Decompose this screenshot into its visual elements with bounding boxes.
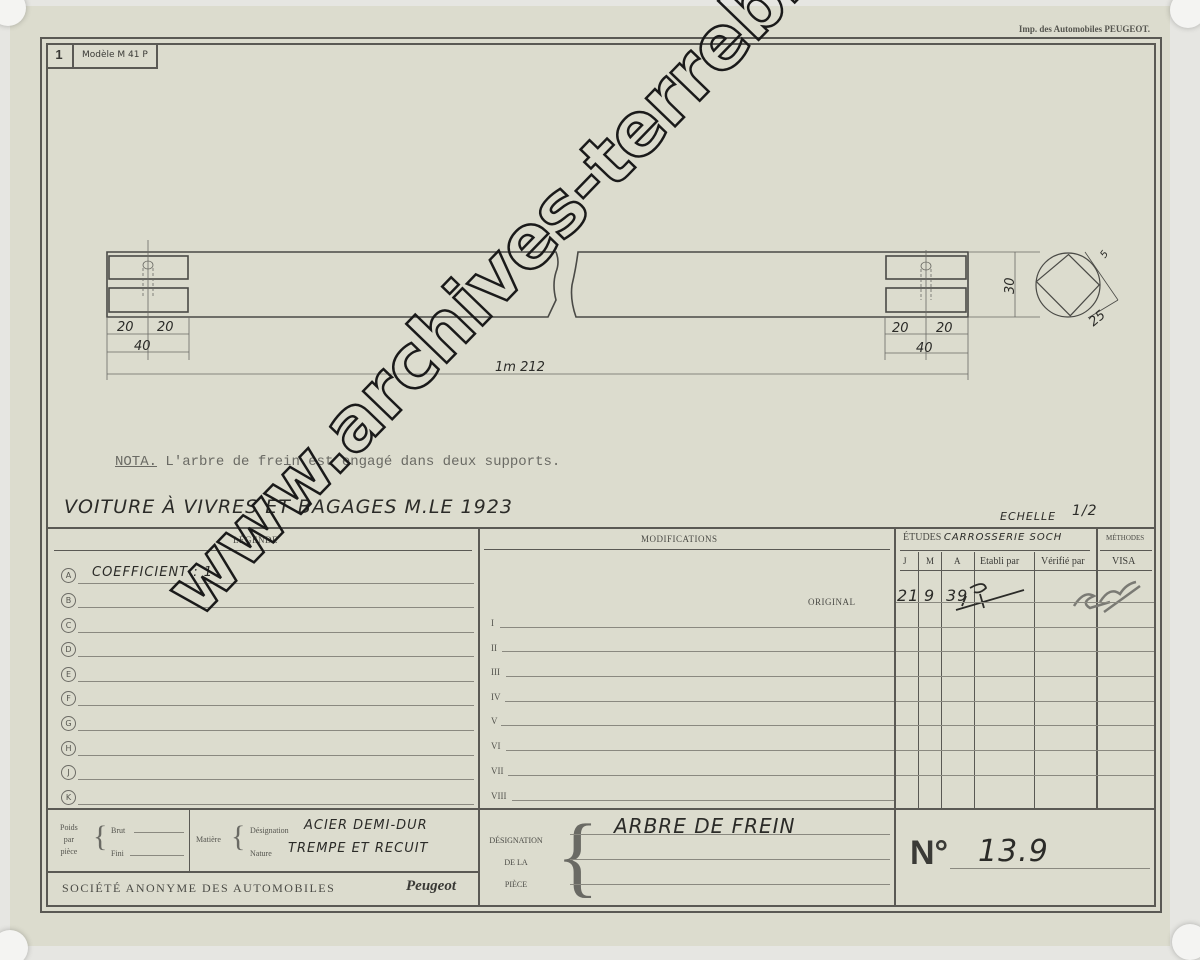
mod-row-label: VII	[491, 766, 504, 776]
peugeot-logo: Peugeot	[406, 878, 456, 895]
dim-section-width: 25	[1086, 308, 1108, 330]
mod-row-label: I	[491, 618, 494, 628]
col-verifie: Vérifié par	[1041, 556, 1085, 567]
dim-right-a: 20	[892, 321, 909, 336]
designation-label: Désignation	[250, 826, 289, 835]
dim-overall: 1m 212	[495, 360, 545, 375]
col-visa: VISA	[1112, 556, 1135, 567]
poids-label: Poids par pièce	[60, 822, 78, 858]
visa-signature	[1070, 572, 1144, 616]
legend-letter-c: C	[61, 618, 76, 633]
legend-letter-j: J	[61, 765, 76, 780]
mod-row-label: II	[491, 643, 497, 653]
scale-label: ECHELLE	[1000, 510, 1056, 523]
fini-label: Fini	[111, 849, 124, 858]
mod-row-label: IV	[491, 692, 501, 702]
company-name: SOCIÉTÉ ANONYME DES AUTOMOBILES	[62, 881, 335, 896]
scale-value: 1/2	[1072, 503, 1098, 519]
legend-letter-e: E	[61, 667, 76, 682]
modifications-divider	[894, 528, 896, 906]
material-designation: ACIER DEMI-DUR	[304, 818, 428, 833]
nota-label: NOTA.	[115, 454, 157, 470]
block-mid-rule	[48, 808, 1156, 810]
pin-bottom-right	[1172, 924, 1200, 960]
legend-letter-g: G	[61, 716, 76, 731]
original-label: ORIGINAL	[808, 597, 856, 607]
dim-right-total: 40	[916, 341, 933, 356]
legend-letter-a: A	[61, 568, 76, 583]
etudes-department: CARROSSERIE SOCH	[944, 532, 1062, 543]
legend-divider	[478, 528, 480, 906]
dim-right-b: 20	[936, 321, 953, 336]
legend-letter-d: D	[61, 642, 76, 657]
legend-letter-h: H	[61, 741, 76, 756]
dim-section-offset: 5	[1098, 249, 1111, 261]
dim-height: 30	[1003, 277, 1018, 294]
part-number: 13.9	[978, 834, 1049, 869]
mod-row-label: III	[491, 667, 500, 677]
col-m: M	[926, 556, 934, 566]
nature-label: Nature	[250, 849, 272, 858]
mod-row-label: VI	[491, 741, 501, 751]
brut-label: Brut	[111, 826, 125, 835]
modifications-header: MODIFICATIONS	[641, 534, 718, 544]
matiere-label: Matière	[196, 835, 221, 844]
mod-row-label: VIII	[491, 791, 507, 801]
methodes-header: MÉTHODES	[1106, 534, 1144, 542]
col-etabli: Etabli par	[980, 556, 1019, 567]
dim-left-b: 20	[157, 320, 174, 335]
mod-row-label: V	[491, 716, 498, 726]
etabli-signature	[950, 578, 1030, 614]
dim-left-a: 20	[117, 320, 134, 335]
piece-label: DÉSIGNATION DE LA PIÈCE	[488, 830, 544, 896]
legend-letter-b: B	[61, 593, 76, 608]
legend-letter-k: K	[61, 790, 76, 805]
etudes-label: ÉTUDES	[903, 532, 941, 543]
col-a: A	[954, 556, 961, 566]
etudes-header: ÉTUDES CARROSSERIE SOCH	[903, 532, 1062, 543]
col-j: J	[903, 556, 907, 566]
dim-left-total: 40	[134, 339, 151, 354]
legend-letter-f: F	[61, 691, 76, 706]
material-nature: TREMPE ET RECUIT	[288, 841, 429, 856]
modifications-header-rule	[484, 549, 890, 550]
part-number-prefix: N°	[910, 834, 948, 873]
